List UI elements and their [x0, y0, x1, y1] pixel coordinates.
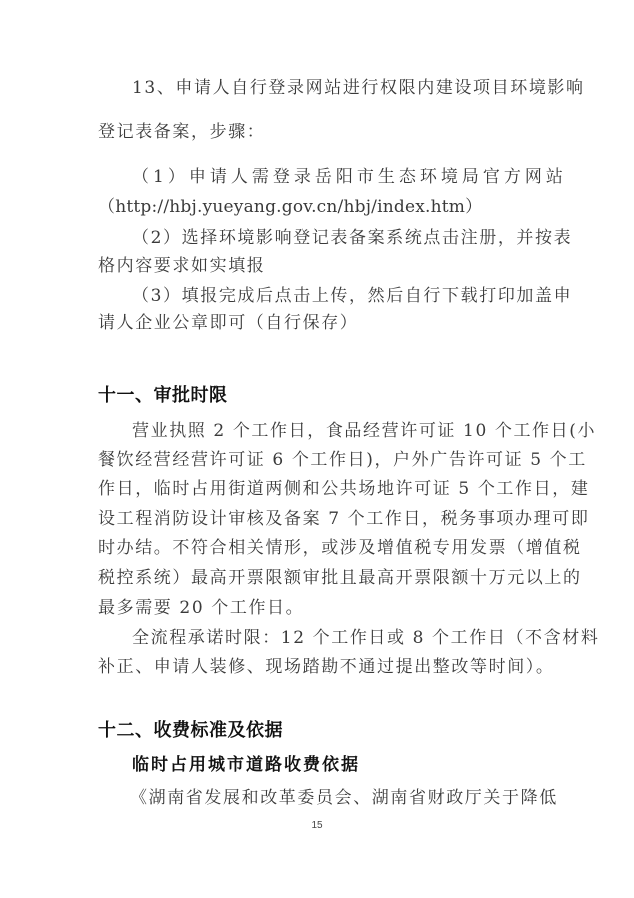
paragraph-line: 税控系统）最高开票限额审批且最高开票限额十万元以上的	[98, 567, 550, 589]
page-number: 15	[0, 820, 634, 831]
paragraph-line: 时办结。不符合相关情形，或涉及增值税专用发票（增值税	[98, 537, 550, 559]
paragraph-line: 请人企业公章即可（自行保存）	[98, 312, 550, 334]
paragraph-line: 补正、申请人装修、现场踏勘不通过提出整改等时间）。	[98, 656, 550, 678]
section-heading: 十一、审批时限	[98, 385, 228, 407]
url-line: （http://hbj.yueyang.gov.cn/hbj/index.htm…	[98, 196, 550, 218]
paragraph-line: （3）填报完成后点击上传，然后自行下载打印加盖申	[132, 285, 550, 307]
paragraph-line: （2）选择环境影响登记表备案系统点击注册，并按表	[132, 227, 550, 249]
paragraph-line: 餐饮经营经营许可证 6 个工作日)，户外广告许可证 5 个工	[98, 449, 550, 471]
paragraph-line: 设工程消防设计审核及备案 7 个工作日，税务事项办理可即	[98, 508, 550, 530]
paragraph-line: 最多需要 20 个工作日。	[98, 597, 550, 619]
paragraph-line: 作日，临时占用街道两侧和公共场地许可证 5 个工作日，建	[98, 478, 550, 500]
paragraph-line: 登记表备案，步骤：	[98, 121, 550, 143]
subsection-heading: 临时占用城市道路收费依据	[132, 754, 360, 776]
paragraph-line: 营业执照 2 个工作日，食品经营许可证 10 个工作日(小	[132, 420, 550, 442]
paragraph-line: 《湖南省发展和改革委员会、湖南省财政厅关于降低	[130, 787, 550, 809]
paragraph-line: （1）申请人需登录岳阳市生态环境局官方网站	[132, 166, 550, 188]
section-heading: 十二、收费标准及依据	[98, 720, 283, 742]
paragraph-line: 全流程承诺时限：12 个工作日或 8 个工作日（不含材料	[132, 627, 550, 649]
paragraph-line: 13、申请人自行登录网站进行权限内建设项目环境影响	[132, 77, 550, 99]
paragraph-line: 格内容要求如实填报	[98, 255, 550, 277]
document-page: 13、申请人自行登录网站进行权限内建设项目环境影响 登记表备案，步骤： （1）申…	[0, 0, 634, 898]
